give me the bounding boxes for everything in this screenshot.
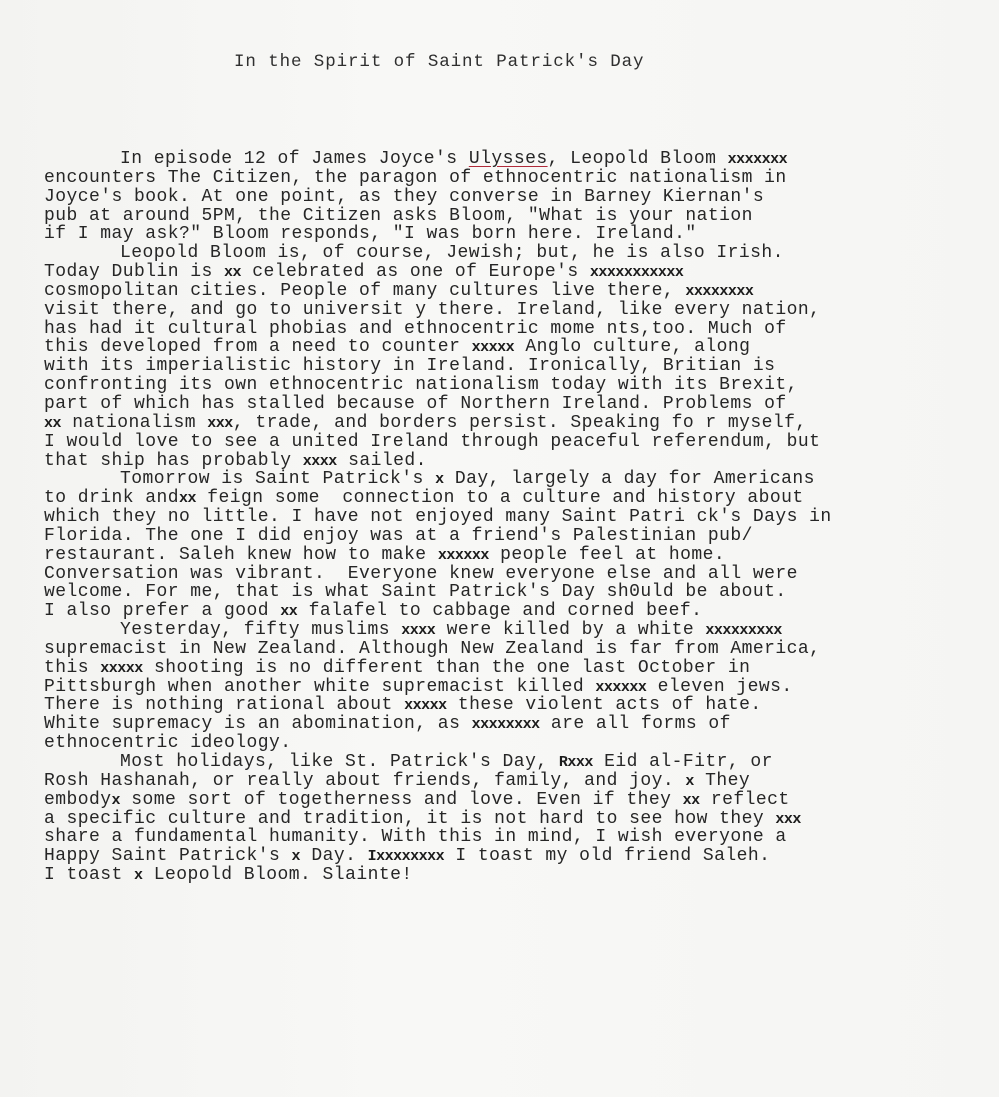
typed-line: has had it cultural phobias and ethnocen… bbox=[44, 320, 984, 339]
text-run: Day. bbox=[300, 846, 368, 866]
text-run: Yesterday, fifty muslims bbox=[120, 620, 401, 640]
text-run: In episode 12 of James Joyce's bbox=[120, 149, 469, 169]
typed-line: confronting its own ethnocentric nationa… bbox=[44, 376, 984, 395]
text-run: celebrated as one of Europe's bbox=[241, 262, 590, 282]
text-run: Leopold Bloom. Slainte! bbox=[143, 865, 413, 885]
text-run: I toast bbox=[44, 865, 134, 885]
typed-line: this developed from a need to counter xx… bbox=[44, 338, 984, 357]
text-run: reflect bbox=[700, 790, 790, 810]
strikeover: xxxx bbox=[303, 453, 337, 470]
text-run: restaurant. Saleh knew how to make bbox=[44, 545, 438, 565]
text-run: I toast my old friend Saleh. bbox=[444, 846, 770, 866]
strikeover: xx bbox=[280, 603, 297, 620]
typed-line: I would love to see a united Ireland thr… bbox=[44, 433, 984, 452]
text-run: to drink and bbox=[44, 488, 179, 508]
text-run: are all forms of bbox=[540, 714, 731, 734]
typed-line: to drink andxx feign some connection to … bbox=[44, 489, 984, 508]
text-run: Conversation was vibrant. Everyone knew … bbox=[44, 564, 798, 584]
text-run: Leopold Bloom is, of course, Jewish; but… bbox=[120, 243, 784, 263]
typed-line: Conversation was vibrant. Everyone knew … bbox=[44, 565, 984, 584]
typed-line: restaurant. Saleh knew how to make xxxxx… bbox=[44, 546, 984, 565]
text-run: share a fundamental humanity. With this … bbox=[44, 827, 787, 847]
text-run: nationalism bbox=[61, 413, 207, 433]
text-run: which they no little. I have not enjoyed… bbox=[44, 507, 832, 527]
typed-line: pub at around 5PM, the Citizen asks Bloo… bbox=[44, 207, 984, 226]
typed-line: There is nothing rational about xxxxx th… bbox=[44, 696, 984, 715]
text-run: Anglo culture, along bbox=[514, 337, 750, 357]
typed-line: encounters The Citizen, the paragon of e… bbox=[44, 169, 984, 188]
strikeover: x bbox=[292, 848, 301, 865]
strikeover: xx bbox=[44, 415, 61, 432]
typed-line: Most holidays, like St. Patrick's Day, R… bbox=[44, 753, 984, 772]
text-run: Tomorrow is Saint Patrick's bbox=[120, 469, 435, 489]
text-run: pub at around 5PM, the Citizen asks Bloo… bbox=[44, 206, 753, 226]
text-run: Most holidays, like St. Patrick's Day, bbox=[120, 752, 559, 772]
text-run: has had it cultural phobias and ethnocen… bbox=[44, 319, 787, 339]
typed-line: a specific culture and tradition, it is … bbox=[44, 810, 984, 829]
text-run: encounters The Citizen, the paragon of e… bbox=[44, 168, 787, 188]
typed-line: which they no little. I have not enjoyed… bbox=[44, 508, 984, 527]
strikeover: Rxxx bbox=[559, 754, 593, 771]
typed-line: visit there, and go to universit y there… bbox=[44, 301, 984, 320]
strikeover: xxxxx bbox=[404, 697, 447, 714]
document-body: In episode 12 of James Joyce's Ulysses, … bbox=[44, 150, 984, 885]
typed-line: Florida. The one I did enjoy was at a fr… bbox=[44, 527, 984, 546]
text-run: falafel to cabbage and corned beef. bbox=[297, 601, 702, 621]
strikeover: xx bbox=[179, 490, 196, 507]
typed-line: share a fundamental humanity. With this … bbox=[44, 828, 984, 847]
text-run: some sort of togetherness and love. Even… bbox=[120, 790, 683, 810]
strikeover: xxxxxxxxxxx bbox=[590, 264, 684, 281]
typed-line: Joyce's book. At one point, as they conv… bbox=[44, 188, 984, 207]
text-run: embody bbox=[44, 790, 112, 810]
text-run: confronting its own ethnocentric nationa… bbox=[44, 375, 798, 395]
text-run: this bbox=[44, 658, 100, 678]
paragraph: Most holidays, like St. Patrick's Day, R… bbox=[44, 753, 984, 885]
typed-line: Pittsburgh when another white supremacis… bbox=[44, 678, 984, 697]
text-run: Florida. The one I did enjoy was at a fr… bbox=[44, 526, 753, 546]
typed-line: this xxxxx shooting is no different than… bbox=[44, 659, 984, 678]
text-run: supremacist in New Zealand. Although New… bbox=[44, 639, 820, 659]
typed-line: if I may ask?" Bloom responds, "I was bo… bbox=[44, 225, 984, 244]
text-run: this developed from a need to counter bbox=[44, 337, 472, 357]
strikeover: xxx bbox=[207, 415, 233, 432]
text-run: Rosh Hashanah, or really about friends, … bbox=[44, 771, 685, 791]
strikeover: xx bbox=[224, 264, 241, 281]
strikeover: xx bbox=[683, 792, 700, 809]
strikeover: Ixxxxxxxx bbox=[368, 848, 445, 865]
text-run: ethnocentric ideology. bbox=[44, 733, 292, 753]
text-run: welcome. For me, that is what Saint Patr… bbox=[44, 582, 787, 602]
text-run: sailed. bbox=[337, 451, 427, 471]
typed-line: Leopold Bloom is, of course, Jewish; but… bbox=[44, 244, 984, 263]
strikeover: xxxxxxxxx bbox=[705, 622, 782, 639]
typed-line: I also prefer a good xx falafel to cabba… bbox=[44, 602, 984, 621]
paragraph: Tomorrow is Saint Patrick's x Day, large… bbox=[44, 470, 984, 621]
typed-line: Rosh Hashanah, or really about friends, … bbox=[44, 772, 984, 791]
strikeover: x bbox=[112, 792, 121, 809]
typed-line: Happy Saint Patrick's x Day. Ixxxxxxxx I… bbox=[44, 847, 984, 866]
text-run: these violent acts of hate. bbox=[447, 695, 762, 715]
typed-line: part of which has stalled because of Nor… bbox=[44, 395, 984, 414]
text-run: feign some connection to a culture and h… bbox=[196, 488, 804, 508]
typed-line: Yesterday, fifty muslims xxxx were kille… bbox=[44, 621, 984, 640]
typed-line: White supremacy is an abomination, as xx… bbox=[44, 715, 984, 734]
strikeover: xxx bbox=[775, 811, 801, 828]
typed-line: Tomorrow is Saint Patrick's x Day, large… bbox=[44, 470, 984, 489]
text-run: I also prefer a good bbox=[44, 601, 280, 621]
typed-line: supremacist in New Zealand. Although New… bbox=[44, 640, 984, 659]
strikeover: x bbox=[134, 867, 143, 884]
typed-line: with its imperialistic history in Irelan… bbox=[44, 357, 984, 376]
strikeover: xxxx bbox=[401, 622, 435, 639]
document-title: In the Spirit of Saint Patrick's Day bbox=[234, 52, 644, 72]
underlined-title: Ulysses bbox=[469, 149, 548, 169]
text-run: eleven jews. bbox=[646, 677, 792, 697]
typed-line: Today Dublin is xx celebrated as one of … bbox=[44, 263, 984, 282]
text-run: that ship has probably bbox=[44, 451, 303, 471]
text-run: White supremacy is an abomination, as bbox=[44, 714, 472, 734]
text-run: part of which has stalled because of Nor… bbox=[44, 394, 787, 414]
text-run: Eid al-Fitr, or bbox=[593, 752, 773, 772]
typed-line: I toast x Leopold Bloom. Slainte! bbox=[44, 866, 984, 885]
text-run: shooting is no different than the one la… bbox=[143, 658, 751, 678]
typewritten-page: In the Spirit of Saint Patrick's Day In … bbox=[0, 0, 999, 1097]
text-run: Pittsburgh when another white supremacis… bbox=[44, 677, 595, 697]
strikeover: x bbox=[435, 471, 444, 488]
text-run: Joyce's book. At one point, as they conv… bbox=[44, 187, 764, 207]
text-run: visit there, and go to universit y there… bbox=[44, 300, 820, 320]
strikeover: xxxxxx bbox=[595, 679, 646, 696]
strikeover: xxxxxxx bbox=[728, 151, 788, 168]
typed-line: embodyx some sort of togetherness and lo… bbox=[44, 791, 984, 810]
text-run: , trade, and borders persist. Speaking f… bbox=[233, 413, 807, 433]
paragraph: Yesterday, fifty muslims xxxx were kille… bbox=[44, 621, 984, 753]
typed-line: In episode 12 of James Joyce's Ulysses, … bbox=[44, 150, 984, 169]
text-run: , Leopold Bloom bbox=[548, 149, 728, 169]
strikeover: xxxxxxxx bbox=[685, 283, 753, 300]
text-run: Today Dublin is bbox=[44, 262, 224, 282]
strikeover: xxxxx bbox=[100, 660, 143, 677]
text-run: a specific culture and tradition, it is … bbox=[44, 809, 775, 829]
typed-line: xx nationalism xxx, trade, and borders p… bbox=[44, 414, 984, 433]
text-run: cosmopolitan cities. People of many cult… bbox=[44, 281, 685, 301]
text-run: I would love to see a united Ireland thr… bbox=[44, 432, 820, 452]
text-run: if I may ask?" Bloom responds, "I was bo… bbox=[44, 224, 697, 244]
text-run: Happy Saint Patrick's bbox=[44, 846, 292, 866]
typed-line: ethnocentric ideology. bbox=[44, 734, 984, 753]
strikeover: xxxxx bbox=[472, 339, 515, 356]
text-run: There is nothing rational about bbox=[44, 695, 404, 715]
paragraph: Leopold Bloom is, of course, Jewish; but… bbox=[44, 244, 984, 470]
text-run: with its imperialistic history in Irelan… bbox=[44, 356, 775, 376]
text-run: They bbox=[694, 771, 750, 791]
typed-line: that ship has probably xxxx sailed. bbox=[44, 452, 984, 471]
text-run: were killed by a white bbox=[435, 620, 705, 640]
text-run: people feel at home. bbox=[489, 545, 725, 565]
strikeover: xxxxxxxx bbox=[472, 716, 540, 733]
strikeover: x bbox=[685, 773, 694, 790]
paragraph: In episode 12 of James Joyce's Ulysses, … bbox=[44, 150, 984, 244]
typed-line: welcome. For me, that is what Saint Patr… bbox=[44, 583, 984, 602]
typed-line: cosmopolitan cities. People of many cult… bbox=[44, 282, 984, 301]
strikeover: xxxxxx bbox=[438, 547, 489, 564]
text-run: Day, largely a day for Americans bbox=[444, 469, 815, 489]
